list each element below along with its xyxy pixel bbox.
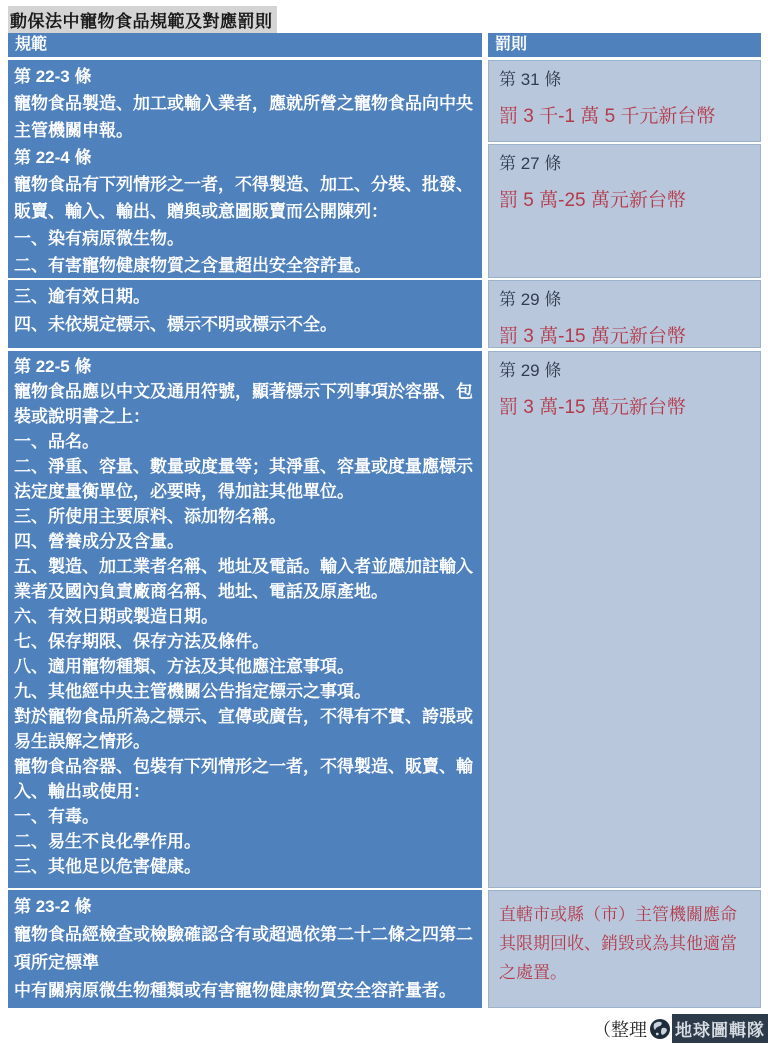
regulation-list-item: 四、未依規定標示、標示不明或標示不全。: [14, 311, 476, 339]
regulation-text: 寵物食品有下列情形之一者，不得製造、加工、分裝、批發、販賣、輸入、輸出、贈與或意…: [14, 171, 476, 225]
regulation-list-item: 三、其他足以危害健康。: [14, 854, 476, 879]
penalty-cell-article-29-a: 第 29 條 罰 3 萬-15 萬元新台幣: [488, 280, 761, 348]
regulation-list-item: 七、保存期限、保存方法及條件。: [14, 629, 476, 654]
penalty-article: 第 31 條: [499, 68, 752, 92]
regulation-list-item: 三、逾有效日期。: [14, 283, 476, 311]
column-regulation: 規範 第 22-3 條 寵物食品製造、加工或輸入業者，應就所營之寵物食品向中央主…: [8, 33, 482, 1010]
column-header-regulation: 規範: [8, 33, 482, 57]
regulation-text: 對於寵物食品所為之標示、宣傳或廣告，不得有不實、誇張或易生誤解之情形。: [14, 704, 476, 754]
regulation-cell-22-5: 第 22-5 條 寵物食品應以中文及通用符號，顯著標示下列事項於容器、包裝或說明…: [8, 351, 482, 888]
footer-credit-text: （整理: [593, 1016, 647, 1042]
page-title: 動保法中寵物食品規範及對應罰則: [8, 6, 277, 34]
regulation-cell-23-2: 第 23-2 條 寵物食品經檢查或檢驗確認含有或超過依第二十二條之四第二項所定標…: [8, 890, 482, 1008]
regulation-text: 中有關病原微生物種類或有害寵物健康物質安全容許量者。: [14, 977, 476, 1005]
column-penalty: 罰則 第 31 條 罰 3 千-1 萬 5 千元新台幣 第 27 條 罰 5 萬…: [488, 33, 761, 1010]
brand-wordmark: 地球圖輯隊: [672, 1014, 768, 1043]
penalty-amount: 罰 3 萬-15 萬元新台幣: [499, 325, 752, 348]
regulation-list-item: 八、適用寵物種類、方法及其他應注意事項。: [14, 654, 476, 679]
page: 動保法中寵物食品規範及對應罰則 規範 第 22-3 條 寵物食品製造、加工或輸入…: [0, 0, 768, 1044]
penalty-cell-article-29-b: 第 29 條 罰 3 萬-15 萬元新台幣: [488, 351, 761, 888]
article-heading: 第 22-3 條: [14, 63, 476, 90]
regulation-list-item: 一、有毒。: [14, 804, 476, 829]
penalty-article: 第 27 條: [499, 152, 752, 176]
footer-credit: （整理 地球圖輯隊: [593, 1014, 768, 1043]
penalty-amount: 罰 5 萬-25 萬元新台幣: [499, 189, 752, 213]
penalty-amount: 罰 3 千-1 萬 5 千元新台幣: [499, 105, 752, 129]
regulation-list-item: 五、製造、加工業者名稱、地址及電話。輸入者並應加註輸入業者及國內負責廠商名稱、地…: [14, 554, 476, 604]
regulation-list-item: 六、有效日期或製造日期。: [14, 604, 476, 629]
regulation-list-item: 二、易生不良化學作用。: [14, 829, 476, 854]
article-heading: 第 23-2 條: [14, 893, 476, 921]
penalty-article: 第 29 條: [499, 288, 752, 312]
regulation-list-item: 一、染有病原微生物。: [14, 225, 476, 252]
regulation-cell-22-3-22-4: 第 22-3 條 寵物食品製造、加工或輸入業者，應就所營之寵物食品向中央主管機關…: [8, 60, 482, 278]
regulation-list-item: 四、營養成分及含量。: [14, 529, 476, 554]
regulation-cell-22-4-items-3-4: 三、逾有效日期。 四、未依規定標示、標示不明或標示不全。: [8, 280, 482, 348]
penalty-cell-recall: 直轄市或縣（市）主管機關應命其限期回收、銷毀或為其他適當之處置。: [488, 890, 761, 1008]
regulation-text: 寵物食品應以中文及通用符號，顯著標示下列事項於容器、包裝或說明書之上：: [14, 379, 476, 429]
penalty-cell-article-27: 第 27 條 罰 5 萬-25 萬元新台幣: [488, 144, 761, 278]
penalty-amount: 罰 3 萬-15 萬元新台幣: [499, 396, 752, 420]
penalty-measure: 直轄市或縣（市）主管機關應命其限期回收、銷毀或為其他適當之處置。: [499, 900, 752, 987]
regulation-penalty-table: 規範 第 22-3 條 寵物食品製造、加工或輸入業者，應就所營之寵物食品向中央主…: [8, 33, 761, 1010]
regulation-text: 寵物食品製造、加工或輸入業者，應就所營之寵物食品向中央主管機關申報。: [14, 90, 476, 144]
column-header-penalty: 罰則: [488, 33, 761, 57]
regulation-text: 寵物食品經檢查或檢驗確認含有或超過依第二十二條之四第二項所定標準: [14, 921, 476, 977]
regulation-text: 寵物食品容器、包裝有下列情形之一者，不得製造、販賣、輸入、輸出或使用：: [14, 754, 476, 804]
article-heading: 第 22-5 條: [14, 354, 476, 379]
regulation-list-item: 二、有害寵物健康物質之含量超出安全容許量。: [14, 252, 476, 278]
regulation-list-item: 一、品名。: [14, 429, 476, 454]
globe-icon: [649, 1018, 671, 1040]
regulation-list-item: 二、淨重、容量、數量或度量等；其淨重、容量或度量應標示法定度量衡單位，必要時，得…: [14, 454, 476, 504]
regulation-list-item: 三、所使用主要原料、添加物名稱。: [14, 504, 476, 529]
penalty-article: 第 29 條: [499, 359, 752, 383]
regulation-list-item: 九、其他經中央主管機關公告指定標示之事項。: [14, 679, 476, 704]
penalty-cell-article-31: 第 31 條 罰 3 千-1 萬 5 千元新台幣: [488, 60, 761, 142]
article-heading: 第 22-4 條: [14, 144, 476, 171]
